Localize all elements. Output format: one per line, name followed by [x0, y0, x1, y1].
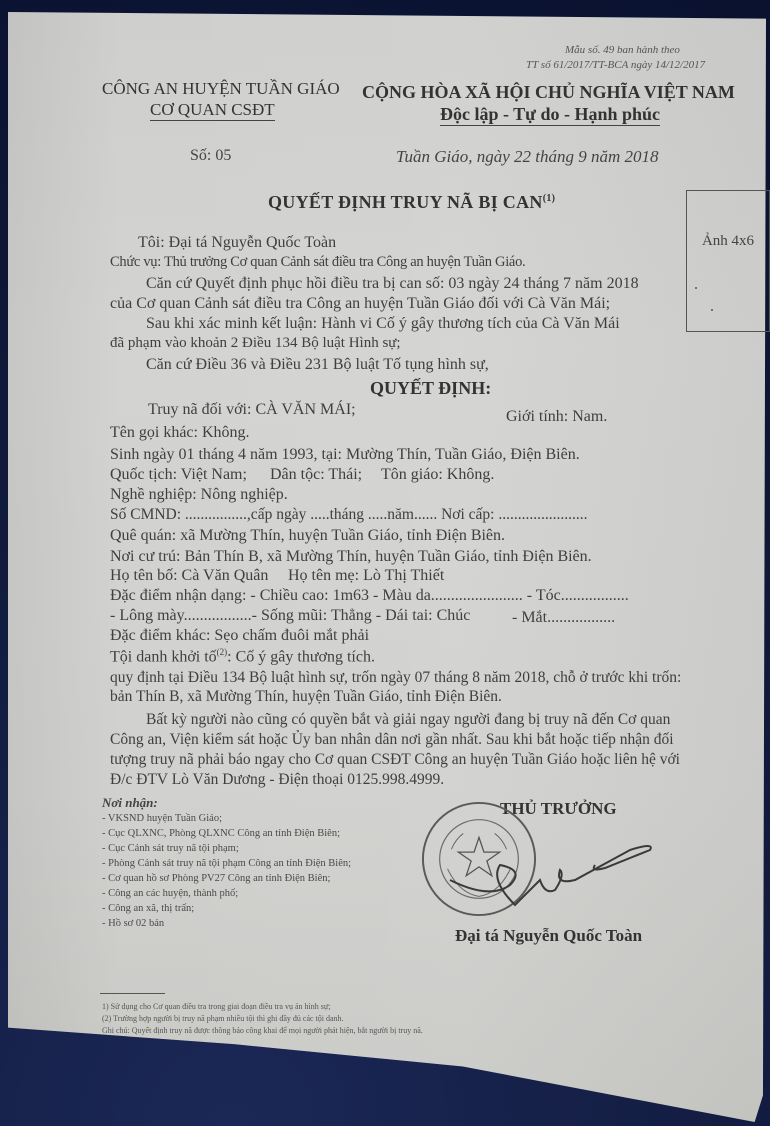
id-card-info: Số CMND: ................,cấp ngày .....…: [110, 506, 587, 524]
mother-name: Họ tên mẹ: Lò Thị Thiết: [288, 567, 444, 585]
recipient-item: - Cục QLXNC, Phòng QLXNC Công an tỉnh Đi…: [102, 828, 340, 839]
notice-line: Công an, Viện kiểm sát hoặc Ủy ban nhân …: [110, 731, 674, 749]
place-and-date: Tuần Giáo, ngày 22 tháng 9 năm 2018: [396, 147, 659, 167]
agency-sub-text: CƠ QUAN CSĐT: [150, 100, 275, 121]
preamble-line: Căn cứ Quyết định phục hồi điều tra bị c…: [146, 275, 639, 293]
preamble-line: đã phạm vào khoản 2 Điều 134 Bộ luật Hìn…: [110, 335, 401, 352]
identifying-features-2: - Lông mày.................- Sống mũi: T…: [110, 607, 470, 625]
footnote-divider: [100, 993, 165, 994]
charge: Tội danh khởi tố(2): Cố ý gây thương tíc…: [110, 647, 375, 666]
notice-line: Bất kỳ người nào cũng có quyền bắt và gi…: [146, 711, 670, 729]
recipients-heading: Nơi nhận:: [102, 795, 158, 811]
residence: Nơi cư trú: Bản Thín B, xã Mường Thín, h…: [110, 548, 592, 566]
other-features: Đặc điểm khác: Sẹo chấm đuôi mắt phải: [110, 627, 369, 645]
recipient-item: - Cục Cảnh sát truy nã tội phạm;: [102, 843, 239, 854]
notice-line: Đ/c ĐTV Lò Văn Dương - Điện thoại 0125.9…: [110, 771, 444, 789]
nationality: Quốc tịch: Việt Nam;: [110, 466, 247, 484]
recipient-item: - Cơ quan hồ sơ Phòng PV27 Công an tỉnh …: [102, 873, 330, 884]
father-name: Họ tên bố: Cà Văn Quân: [110, 567, 268, 585]
hometown: Quê quán: xã Mường Thín, huyện Tuần Giáo…: [110, 527, 505, 545]
recipient-item: - VKSND huyện Tuần Giáo;: [102, 813, 222, 824]
title-footnote-mark: (1): [543, 193, 556, 204]
escape-info: quy định tại Điều 134 Bộ luật hình sự, t…: [110, 669, 681, 687]
preamble-line: Sau khi xác minh kết luận: Hành vi Cố ý …: [146, 315, 620, 333]
gender: Giới tính: Nam.: [506, 408, 607, 426]
signature-icon: [430, 820, 680, 930]
charge-label: Tội danh khởi tố: [110, 648, 217, 665]
ethnicity: Dân tộc: Thái;: [270, 466, 362, 484]
decision-heading: QUYẾT ĐỊNH:: [370, 378, 491, 399]
birth-info: Sinh ngày 01 tháng 4 năm 1993, tại: Mườn…: [110, 446, 580, 464]
country-name: CỘNG HÒA XÃ HỘI CHỦ NGHĨA VIỆT NAM: [362, 82, 735, 103]
recipient-item: - Hồ sơ 02 bản: [102, 918, 164, 929]
footnote-item: Ghi chú: Quyết định truy nã được thông b…: [102, 1026, 423, 1035]
document-number: Số: 05: [190, 147, 231, 165]
recipient-item: - Công an xã, thị trấn;: [102, 903, 194, 914]
charge-text: : Cố ý gây thương tích.: [227, 648, 375, 665]
national-motto: Độc lập - Tự do - Hạnh phúc: [440, 104, 660, 125]
signer-name: Đại tá Nguyễn Quốc Toàn: [455, 926, 642, 946]
charge-footnote-mark: (2): [217, 647, 228, 657]
alias: Tên gọi khác: Không.: [110, 424, 250, 442]
photo-label: Ảnh 4x6: [687, 233, 769, 250]
notice-line: tượng truy nã phải báo ngay cho Cơ quan …: [110, 751, 680, 769]
preamble-line: của Cơ quan Cảnh sát điều tra Công an hu…: [110, 295, 610, 313]
identifying-features-eyes: - Mắt.................: [512, 609, 615, 627]
title-text: QUYẾT ĐỊNH TRUY NÃ BỊ CAN: [268, 192, 543, 212]
motto-text: Độc lập - Tự do - Hạnh phúc: [440, 104, 660, 126]
footnote-item: (2) Trường hợp người bị truy nã phạm nhi…: [102, 1014, 344, 1023]
wanted-person: Truy nã đối với: CÀ VĂN MÁI;: [148, 401, 356, 419]
occupation: Nghề nghiệp: Nông nghiệp.: [110, 486, 288, 504]
recipient-item: - Phòng Cảnh sát truy nã tội phạm Công a…: [102, 858, 351, 869]
agency-sub-name: CƠ QUAN CSĐT: [150, 100, 275, 120]
preamble-line: Tôi: Đại tá Nguyễn Quốc Toàn: [138, 234, 336, 252]
form-reference-line-2: TT số 61/2017/TT-BCA ngày 14/12/2017: [526, 59, 705, 71]
form-reference-line-1: Mẫu số. 49 ban hành theo: [565, 44, 680, 56]
recipient-item: - Công an các huyện, thành phố;: [102, 888, 238, 899]
footnote-item: 1) Sử dụng cho Cơ quan điều tra trong gi…: [102, 1002, 330, 1011]
preamble-line: Căn cứ Điều 36 và Điều 231 Bộ luật Tố tụ…: [146, 356, 489, 374]
escape-info-2: bản Thín B, xã Mường Thín, huyện Tuần Gi…: [110, 688, 502, 706]
agency-name: CÔNG AN HUYỆN TUẦN GIÁO: [102, 79, 340, 99]
preamble-line: Chức vụ: Thủ trưởng Cơ quan Cảnh sát điề…: [110, 254, 525, 271]
document-title: QUYẾT ĐỊNH TRUY NÃ BỊ CAN(1): [268, 192, 555, 213]
identifying-features: Đặc điểm nhận dạng: - Chiều cao: 1m63 - …: [110, 587, 629, 605]
religion: Tôn giáo: Không.: [381, 466, 494, 484]
photo-placeholder-box: Ảnh 4x6: [686, 190, 770, 332]
